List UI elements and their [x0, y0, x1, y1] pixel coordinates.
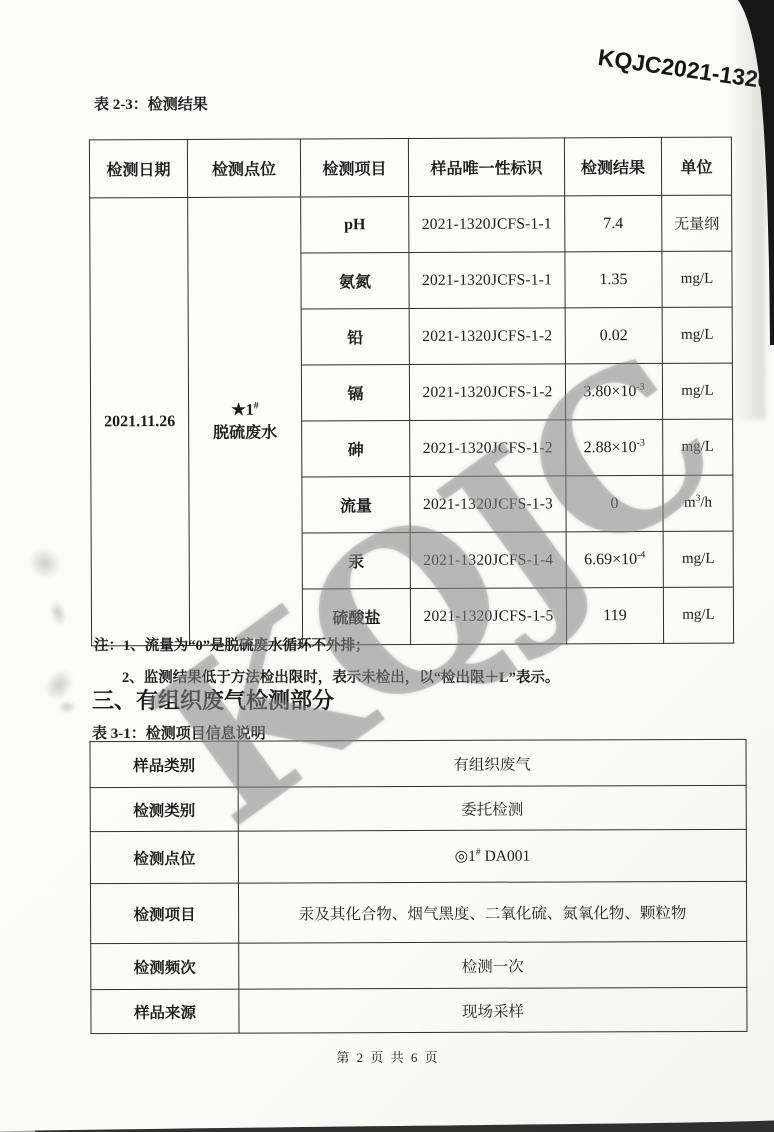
- cell-sample-id: 2021-1320JCFS-1-4: [410, 532, 566, 589]
- cell-result: 7.4: [565, 195, 662, 251]
- table-row: 检测频次 检测一次: [91, 941, 747, 989]
- cell-sample-id: 2021-1320JCFS-1-3: [410, 476, 566, 533]
- table-2-3-results: 检测日期 检测点位 检测项目 样品唯一性标识 检测结果 单位 2021.11.2…: [89, 137, 734, 647]
- note-line-1: 注：1、流量为“0”是脱硫废水循环不外排；: [94, 634, 370, 655]
- table-3-1-title: 表 3-1：检测项目信息说明: [92, 722, 266, 743]
- col-header-sample-id: 样品唯一性标识: [408, 138, 564, 197]
- cell-label: 检测点位: [90, 831, 238, 884]
- scan-smudge: [23, 542, 67, 585]
- cell-item: 镉: [301, 365, 409, 421]
- page-number-footer: 第 2 页 共 6 页: [0, 1047, 774, 1066]
- cell-unit: mg/L: [662, 363, 732, 419]
- cell-unit: mg/L: [662, 251, 732, 307]
- cell-sample-id: 2021-1320JCFS-1-1: [409, 196, 565, 253]
- cell-item: 铅: [301, 309, 409, 365]
- cell-result: 3.80×10-3: [565, 363, 662, 419]
- cell-sample-id: 2021-1320JCFS-1-2: [409, 308, 565, 365]
- col-header-date: 检测日期: [89, 139, 187, 197]
- table-header-row: 检测日期 检测点位 检测项目 样品唯一性标识 检测结果 单位: [89, 137, 731, 198]
- cell-test-point: ★1# 脱硫废水: [188, 197, 303, 645]
- cell-value: ◎1# DA001: [238, 829, 746, 883]
- cell-sample-id: 2021-1320JCFS-1-2: [409, 364, 565, 421]
- table-row: 检测点位 ◎1# DA001: [90, 829, 746, 883]
- col-header-point: 检测点位: [187, 139, 300, 197]
- col-header-result: 检测结果: [564, 137, 661, 195]
- scanned-report-page: KQJC KQJC2021-1320 表 2-3：检测结果 检测日期 检测点位 …: [0, 0, 774, 1132]
- scan-smudge: [58, 700, 76, 714]
- cell-sample-id: 2021-1320JCFS-1-1: [409, 252, 565, 309]
- table-row: 样品类别 有组织废气: [90, 739, 746, 787]
- cell-result: 1.35: [565, 251, 662, 307]
- point-number: ★1: [231, 402, 253, 419]
- cell-value: 现场采样: [239, 987, 747, 1033]
- cell-value: 有组织废气: [238, 739, 746, 787]
- cell-sample-id: 2021-1320JCFS-1-2: [410, 420, 566, 477]
- cell-label: 检测类别: [90, 787, 238, 832]
- cell-result: 2.88×10-3: [566, 419, 663, 475]
- cell-result: 0.02: [565, 307, 662, 363]
- cell-value: 委托检测: [238, 785, 746, 831]
- cell-result: 6.69×10-4: [566, 531, 663, 587]
- section-3-heading: 三、有组织废气检测部分: [92, 684, 334, 715]
- cell-label: 样品来源: [91, 989, 239, 1034]
- cell-unit: 无量纲: [662, 195, 732, 251]
- cell-unit: mg/L: [663, 587, 733, 643]
- cell-unit: mg/L: [663, 531, 733, 587]
- col-header-unit: 单位: [661, 137, 731, 195]
- scan-edge-bottom-line: [0, 1116, 774, 1132]
- scan-smudge: [46, 598, 70, 628]
- cell-label: 样品类别: [90, 741, 238, 788]
- point-number-sup: #: [254, 400, 259, 411]
- scan-edge-top-right-corner: [728, 0, 774, 345]
- table-3-1-info: 样品类别 有组织废气 检测类别 委托检测 检测点位 ◎1# DA001 检测项目…: [89, 739, 747, 1034]
- cell-unit: m3/h: [663, 475, 733, 531]
- table-2-3-title: 表 2-3：检测结果: [94, 93, 208, 114]
- cell-label: 检测项目: [90, 883, 238, 944]
- cell-label: 检测频次: [91, 943, 239, 990]
- table-row: 2021.11.26 ★1# 脱硫废水 pH 2021-1320JCFS-1-1…: [90, 195, 732, 254]
- table-row: 检测类别 委托检测: [90, 785, 746, 831]
- cell-value: 汞及其化合物、烟气黑度、二氧化硫、氮氧化物、颗粒物: [238, 881, 746, 943]
- cell-item: 汞: [302, 533, 410, 589]
- table-row: 样品来源 现场采样: [91, 987, 747, 1033]
- cell-item: pH: [301, 197, 409, 253]
- cell-item: 砷: [302, 421, 410, 477]
- point-name: 脱硫废水: [213, 425, 277, 442]
- cell-result: 119: [566, 587, 663, 643]
- cell-item: 氨氮: [301, 253, 409, 309]
- table-row: 检测项目 汞及其化合物、烟气黑度、二氧化硫、氮氧化物、颗粒物: [90, 881, 746, 943]
- cell-item: 流量: [302, 477, 410, 533]
- cell-sample-id: 2021-1320JCFS-1-5: [410, 588, 566, 645]
- cell-unit: mg/L: [662, 307, 732, 363]
- cell-value: 检测一次: [239, 941, 747, 989]
- cell-unit: mg/L: [663, 419, 733, 475]
- cell-result: 0: [566, 475, 663, 531]
- cell-test-date: 2021.11.26: [90, 197, 190, 645]
- col-header-item: 检测项目: [300, 139, 408, 197]
